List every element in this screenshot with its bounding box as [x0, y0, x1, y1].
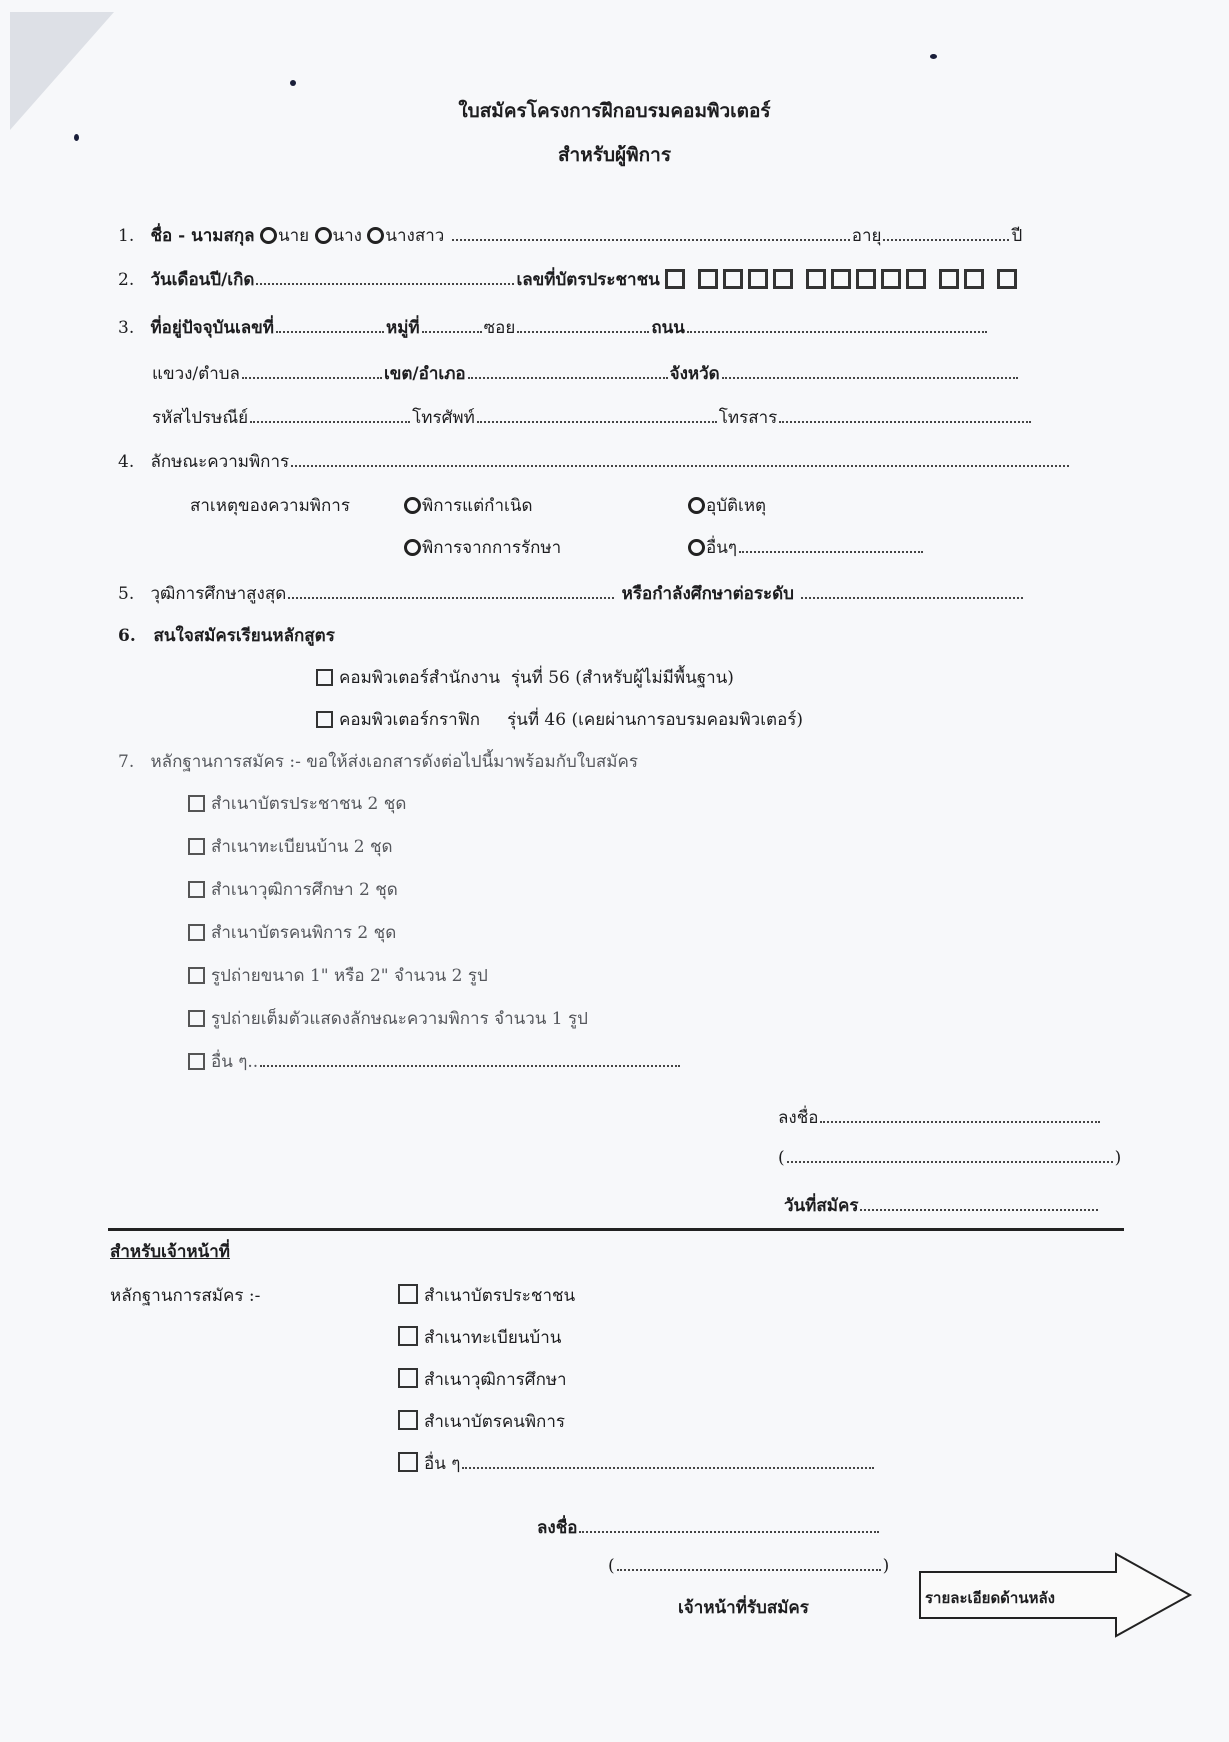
id-digit-box[interactable] — [964, 269, 984, 289]
subdistrict-label: แขวง/ตำบล — [152, 364, 240, 384]
checkbox-staff-document[interactable] — [398, 1326, 418, 1346]
document-label: สำเนาบัตรคนพิการ 2 ชุด — [211, 923, 396, 943]
item-number: 6. — [118, 626, 136, 646]
staff-sign-label: ลงชื่อ — [537, 1518, 577, 1538]
phone-label: โทรศัพท์ — [412, 408, 475, 428]
birthdate-field[interactable] — [256, 283, 514, 285]
checkbox-course-graphic[interactable] — [316, 711, 333, 728]
close-paren: ) — [1115, 1148, 1122, 1168]
course-graphic-note: (เคยผ่านการอบรมคอมพิวเตอร์) — [571, 710, 803, 730]
item-number: 2. — [118, 270, 134, 290]
sign-label: ลงชื่อ — [778, 1108, 818, 1128]
cause-other: อื่นๆ — [688, 534, 925, 561]
applicant-sign: ลงชื่อ — [778, 1104, 1102, 1131]
item-7-documents: 7. หลักฐานการสมัคร :- ขอให้ส่งเอกสารดังต… — [118, 748, 638, 775]
id-digit-box[interactable] — [939, 269, 959, 289]
staff-other-field[interactable] — [462, 1467, 874, 1469]
cause-other-label: อื่นๆ — [706, 538, 737, 558]
radio-other[interactable] — [688, 539, 705, 556]
postcode-label: รหัสไปรษณีย์ — [152, 408, 248, 428]
staff-heading: สำหรับเจ้าหน้าที่ — [110, 1238, 230, 1265]
age-label: อายุ — [852, 226, 882, 246]
section-divider — [108, 1228, 1124, 1231]
document-label: สำเนาวุฒิการศึกษา 2 ชุด — [211, 880, 398, 900]
applicant-name-field[interactable] — [787, 1161, 1113, 1163]
staff-document-item: สำเนาทะเบียนบ้าน — [398, 1324, 561, 1351]
item-3-address-line2: แขวง/ตำบลเขต/อำเภอจังหวัด — [152, 360, 1020, 387]
district-field[interactable] — [468, 377, 668, 379]
staff-name-field[interactable] — [617, 1569, 881, 1571]
scan-speck — [290, 80, 296, 86]
road-label: ถนน — [651, 318, 685, 338]
staff-document-label: อื่น ๆ — [424, 1454, 460, 1474]
house-no-label: ที่อยู่ปัจจุบันเลขที่ — [150, 318, 274, 338]
applicant-name-paren: () — [778, 1148, 1121, 1168]
disability-field[interactable] — [291, 465, 1069, 467]
item-4-disability: 4. ลักษณะความพิการ — [118, 448, 1071, 475]
applicant-document-item: สำเนาวุฒิการศึกษา 2 ชุด — [188, 876, 398, 903]
staff-document-label: สำเนาบัตรประชาชน — [424, 1286, 575, 1306]
radio-mrs[interactable] — [315, 227, 332, 244]
item-number: 7. — [118, 752, 134, 772]
staff-document-item: อื่น ๆ — [398, 1450, 876, 1477]
scan-speck — [930, 54, 937, 59]
id-digit-box[interactable] — [665, 269, 685, 289]
item-6-course: 6. สนใจสมัครเรียนหลักสูตร — [118, 622, 335, 649]
age-field[interactable] — [883, 239, 1009, 241]
applicant-date: วันที่สมัคร — [784, 1192, 1100, 1219]
radio-mr[interactable] — [260, 227, 277, 244]
form-subtitle: สำหรับผู้พิการ — [0, 140, 1229, 170]
applicant-document-item: รูปถ่ายเต็มตัวแสดงลักษณะความพิการ จำนวน … — [188, 1005, 588, 1032]
checkbox-staff-document[interactable] — [398, 1368, 418, 1388]
item-number: 4. — [118, 452, 134, 472]
prefix-mrs: นาง — [333, 226, 362, 246]
id-card-label: เลขที่บัตรประชาชน — [516, 270, 659, 290]
cause-treatment: พิการจากการรักษา — [404, 534, 561, 561]
id-digit-box[interactable] — [698, 269, 718, 289]
id-digit-box[interactable] — [906, 269, 926, 289]
cause-congenital-label: พิการแต่กำเนิด — [422, 496, 532, 516]
birthdate-label: วันเดือนปี/เกิด — [150, 270, 254, 290]
staff-sign: ลงชื่อ — [537, 1514, 881, 1541]
staff-document-label: สำเนาบัตรคนพิการ — [424, 1412, 565, 1432]
postcode-field[interactable] — [250, 421, 410, 423]
id-card-boxes[interactable] — [665, 270, 1022, 290]
radio-miss[interactable] — [367, 227, 384, 244]
applicant-document-item: สำเนาบัตรประชาชน 2 ชุด — [188, 790, 406, 817]
course-office-note: (สำหรับผู้ไม่มีพื้นฐาน) — [575, 668, 734, 688]
item-1-name: 1. ชื่อ - นามสกุล นาย นาง นางสาว อายุปี — [118, 222, 1022, 249]
item-2-birth-id: 2. วันเดือนปี/เกิดเลขที่บัตรประชาชน — [118, 266, 1022, 293]
checkbox-document[interactable] — [188, 838, 205, 855]
staff-document-item: สำเนาบัตรประชาชน — [398, 1282, 575, 1309]
applicant-document-item: สำเนาทะเบียนบ้าน 2 ชุด — [188, 833, 393, 860]
province-label: จังหวัด — [670, 364, 720, 384]
cause-other-field[interactable] — [739, 551, 923, 553]
item-number: 1. — [118, 226, 134, 246]
moo-field[interactable] — [422, 331, 482, 333]
item-5-education: 5. วุฒิการศึกษาสูงสุด หรือกำลังศึกษาต่อร… — [118, 580, 1025, 607]
id-digit-box[interactable] — [806, 269, 826, 289]
name-label: ชื่อ - นามสกุล — [150, 226, 254, 246]
document-label: รูปถ่ายขนาด 1" หรือ 2" จำนวน 2 รูป — [211, 966, 488, 986]
education-field[interactable] — [288, 597, 614, 599]
moo-label: หมู่ที่ — [386, 318, 420, 338]
see-back-label: รายละเอียดด้านหลัง — [925, 1586, 1055, 1610]
phone-field[interactable] — [477, 421, 717, 423]
checkbox-document[interactable] — [188, 1053, 205, 1070]
staff-document-label: สำเนาทะเบียนบ้าน — [424, 1328, 561, 1348]
applicant-date-field[interactable] — [860, 1209, 1098, 1211]
checkbox-document[interactable] — [188, 967, 205, 984]
checkbox-staff-document[interactable] — [398, 1410, 418, 1430]
course-graphic-batch: รุ่นที่ 46 — [507, 710, 566, 730]
staff-document-item: สำเนาวุฒิการศึกษา — [398, 1366, 567, 1393]
course-label: สนใจสมัครเรียนหลักสูตร — [154, 626, 335, 646]
studying-field[interactable] — [801, 597, 1023, 599]
id-digit-box[interactable] — [997, 269, 1017, 289]
item-3-address-line1: 3. ที่อยู่ปัจจุบันเลขที่หมู่ที่ซอยถนน — [118, 314, 989, 341]
course-graphic-name: คอมพิวเตอร์กราฟิก — [339, 710, 480, 730]
other-document-field[interactable] — [260, 1065, 680, 1067]
course-graphic: คอมพิวเตอร์กราฟิก รุ่นที่ 46 (เคยผ่านการ… — [316, 706, 803, 733]
disability-cause-label: สาเหตุของความพิการ — [190, 492, 350, 519]
checkbox-document[interactable] — [188, 881, 205, 898]
age-unit: ปี — [1011, 226, 1022, 246]
checkbox-document[interactable] — [188, 795, 205, 812]
id-digit-box[interactable] — [881, 269, 901, 289]
subdistrict-field[interactable] — [242, 377, 382, 379]
cause-accident: อุบัติเหตุ — [688, 492, 766, 519]
checkbox-document[interactable] — [188, 1010, 205, 1027]
open-paren: ( — [608, 1556, 615, 1576]
close-paren: ) — [883, 1556, 890, 1576]
cause-treatment-label: พิการจากการรักษา — [422, 538, 561, 558]
course-office: คอมพิวเตอร์สำนักงาน รุ่นที่ 56 (สำหรับผู… — [316, 664, 734, 691]
date-label: วันที่สมัคร — [784, 1196, 858, 1216]
fax-field[interactable] — [779, 421, 1031, 423]
house-no-field[interactable] — [276, 331, 384, 333]
item-3-address-line3: รหัสไปรษณีย์โทรศัพท์โทรสาร — [152, 404, 1033, 431]
document-label: รูปถ่ายเต็มตัวแสดงลักษณะความพิการ จำนวน … — [211, 1009, 588, 1029]
checkbox-course-office[interactable] — [316, 669, 333, 686]
scan-speck — [74, 134, 79, 141]
item-number: 3. — [118, 318, 134, 338]
checkbox-document[interactable] — [188, 924, 205, 941]
applicant-document-item: อื่น ๆ.. — [188, 1048, 682, 1075]
document-label: สำเนาบัตรประชาชน 2 ชุด — [211, 794, 406, 814]
id-digit-box[interactable] — [773, 269, 793, 289]
studying-label: หรือกำลังศึกษาต่อระดับ — [622, 584, 794, 604]
soi-label: ซอย — [484, 318, 516, 338]
education-label: วุฒิการศึกษาสูงสุด — [150, 584, 286, 604]
radio-congenital[interactable] — [404, 497, 421, 514]
staff-document-item: สำเนาบัตรคนพิการ — [398, 1408, 565, 1435]
document-label: สำเนาทะเบียนบ้าน 2 ชุด — [211, 837, 393, 857]
staff-name-paren: () — [608, 1556, 889, 1576]
staff-sign-field[interactable] — [579, 1531, 879, 1533]
checkbox-staff-document[interactable] — [398, 1452, 418, 1472]
staff-role: เจ้าหน้าที่รับสมัคร — [678, 1594, 809, 1621]
document-label: อื่น ๆ.. — [211, 1052, 258, 1072]
cause-accident-label: อุบัติเหตุ — [706, 496, 766, 516]
applicant-sign-field[interactable] — [820, 1121, 1100, 1123]
id-digit-box[interactable] — [856, 269, 876, 289]
item-number: 5. — [118, 584, 134, 604]
district-label: เขต/อำเภอ — [384, 364, 466, 384]
fax-label: โทรสาร — [719, 408, 778, 428]
id-digit-box[interactable] — [723, 269, 743, 289]
prefix-mr: นาย — [278, 226, 309, 246]
applicant-document-item: รูปถ่ายขนาด 1" หรือ 2" จำนวน 2 รูป — [188, 962, 488, 989]
staff-document-label: สำเนาวุฒิการศึกษา — [424, 1370, 567, 1390]
road-field[interactable] — [687, 331, 987, 333]
applicant-document-item: สำเนาบัตรคนพิการ 2 ชุด — [188, 919, 396, 946]
prefix-miss: นางสาว — [385, 226, 444, 246]
disability-label: ลักษณะความพิการ — [150, 452, 289, 472]
soi-field[interactable] — [517, 331, 649, 333]
staff-evidence-label: หลักฐานการสมัคร :- — [110, 1282, 260, 1309]
open-paren: ( — [778, 1148, 785, 1168]
radio-accident[interactable] — [688, 497, 705, 514]
radio-treatment[interactable] — [404, 539, 421, 556]
course-office-batch: รุ่นที่ 56 — [511, 668, 570, 688]
cause-congenital: พิการแต่กำเนิด — [404, 492, 532, 519]
id-digit-box[interactable] — [748, 269, 768, 289]
province-field[interactable] — [722, 377, 1018, 379]
form-title: ใบสมัครโครงการฝึกอบรมคอมพิวเตอร์ — [0, 96, 1229, 126]
course-office-name: คอมพิวเตอร์สำนักงาน — [339, 668, 500, 688]
name-field[interactable] — [452, 239, 850, 241]
checkbox-staff-document[interactable] — [398, 1284, 418, 1304]
id-digit-box[interactable] — [831, 269, 851, 289]
documents-label: หลักฐานการสมัคร :- ขอให้ส่งเอกสารดังต่อไ… — [150, 752, 638, 772]
